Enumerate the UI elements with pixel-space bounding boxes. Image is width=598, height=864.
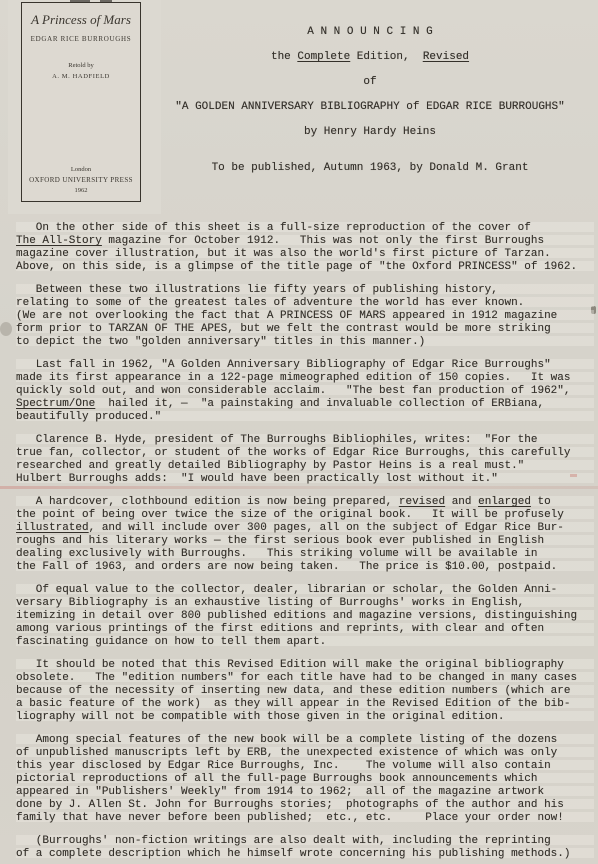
scan-smudge	[0, 322, 12, 336]
publisher-city: London	[22, 166, 140, 174]
byline-author: by Henry Hardy Heins	[156, 125, 584, 139]
publication-notice: To be published, Autumn 1963, by Donald …	[156, 161, 584, 175]
reteller-name: A. M. HADFIELD	[22, 73, 140, 81]
paragraph: Of equal value to the collector, dealer,…	[16, 584, 594, 649]
publication-year: 1962	[22, 187, 140, 195]
paragraph: (Burroughs' non-fiction writings are als…	[16, 835, 594, 861]
paragraph: It should be noted that this Revised Edi…	[16, 659, 594, 724]
of-connector: of	[156, 75, 584, 89]
princess-of-mars-title-page-photo: A Princess of Mars EDGAR RICE BURROUGHS …	[8, 0, 161, 214]
paragraph: Clarence B. Hyde, president of The Burro…	[16, 434, 594, 486]
body-text: On the other side of this sheet is a ful…	[16, 222, 594, 864]
publisher-name: OXFORD UNIVERSITY PRESS	[22, 176, 140, 185]
bibliography-title: "A GOLDEN ANNIVERSARY BIBLIOGRAPHY of ED…	[156, 100, 584, 114]
paragraph: A hardcover, clothbound edition is now b…	[16, 496, 594, 574]
announcement-header: A N N O U N C I N G the Complete Edition…	[156, 25, 584, 186]
book-title: A Princess of Mars	[22, 12, 140, 27]
announcing-heading: A N N O U N C I N G	[156, 25, 584, 39]
paragraph: On the other side of this sheet is a ful…	[16, 222, 594, 274]
paragraph: Last fall in 1962, "A Golden Anniversary…	[16, 359, 594, 424]
title-page-frame: A Princess of Mars EDGAR RICE BURROUGHS …	[21, 2, 141, 202]
retold-by-label: Retold by	[22, 62, 140, 70]
edition-subtitle: the Complete Edition, Revised	[156, 50, 584, 64]
announcement-sheet: A Princess of Mars EDGAR RICE BURROUGHS …	[0, 0, 598, 864]
paragraph: Among special features of the new book w…	[16, 734, 594, 825]
book-author: EDGAR RICE BURROUGHS	[22, 35, 140, 44]
paragraph: Between these two illustrations lie fift…	[16, 284, 594, 349]
